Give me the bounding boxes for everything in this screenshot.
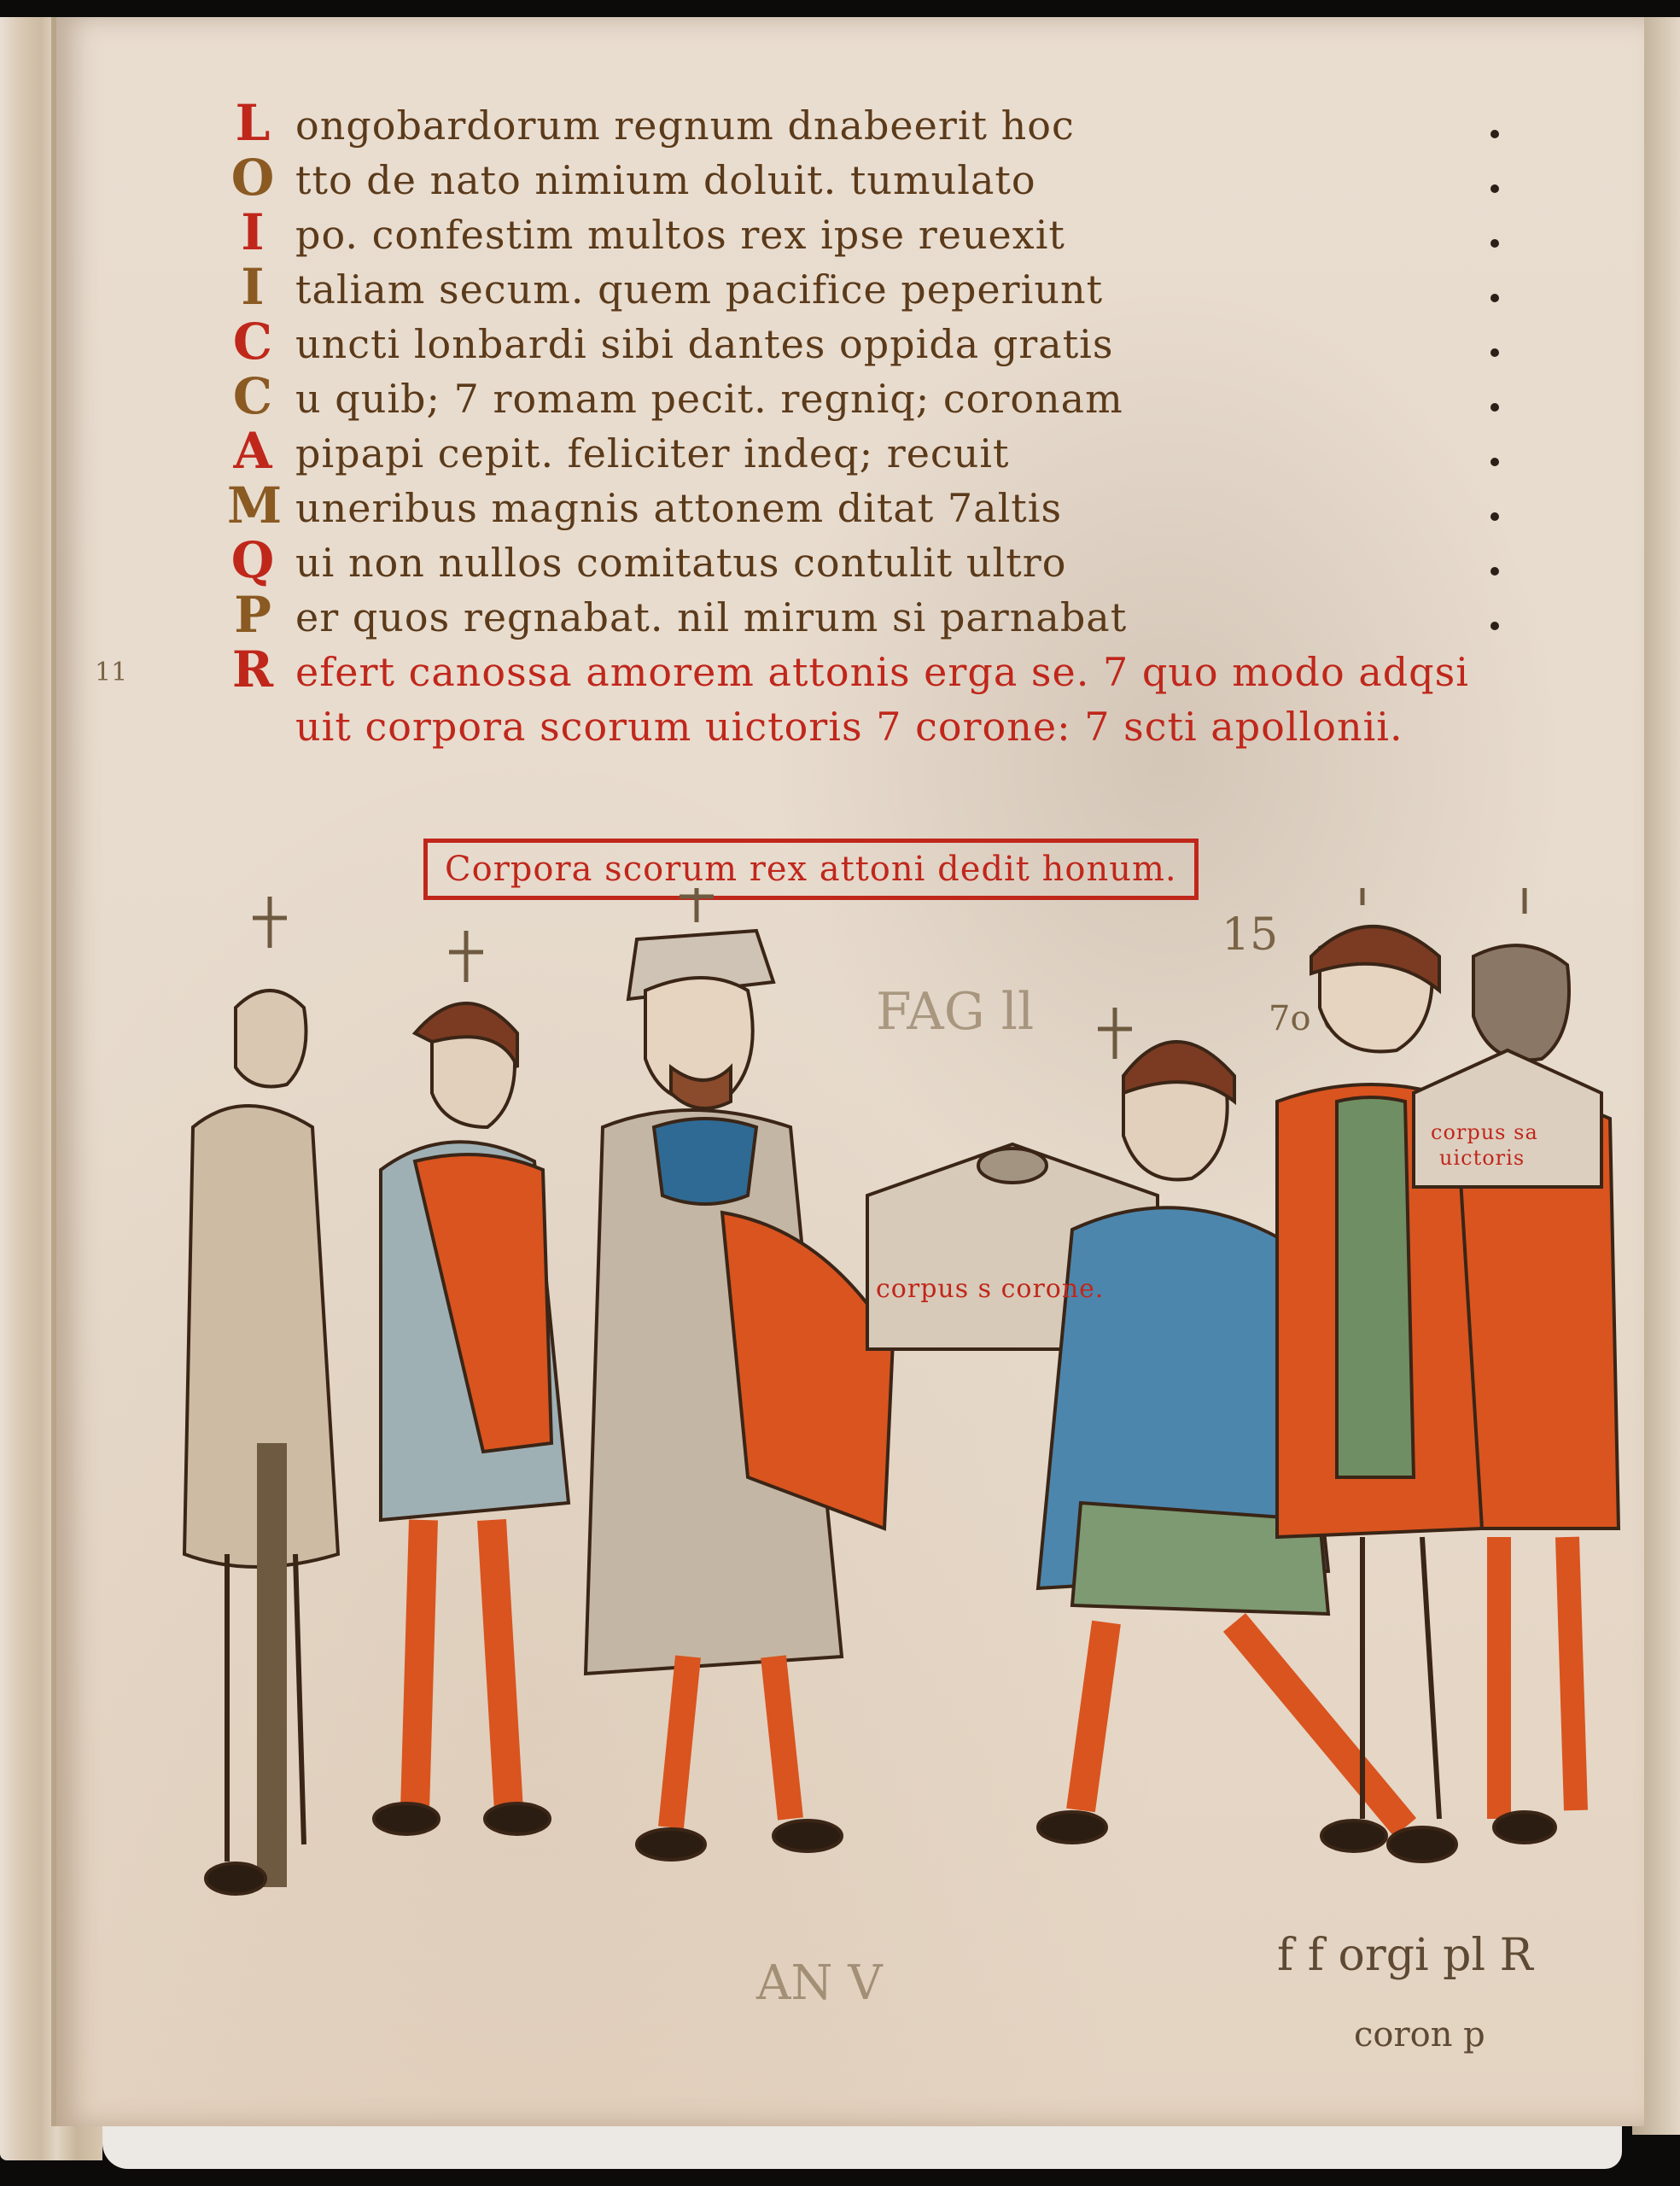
reliquary-label-right-2: uictoris xyxy=(1439,1146,1525,1170)
line-text: po. confestim multos rex ipse reuexit xyxy=(295,212,1065,258)
initial: P xyxy=(227,586,278,644)
figure-attendant-1 xyxy=(184,991,338,1894)
illumination-scene: corpus s corone. corpus sa uictoris xyxy=(125,888,1627,1964)
initial: C xyxy=(227,367,278,425)
line-text: uneribus magnis attonem ditat 7altis xyxy=(295,485,1062,531)
initial: Q xyxy=(227,531,278,589)
line-text: taliam secum. quem pacifice peperiunt xyxy=(295,266,1103,313)
margin-number: 11 xyxy=(95,658,127,687)
initial: L xyxy=(227,94,278,152)
reliquary-label-right-1: corpus sa xyxy=(1431,1120,1538,1144)
caption-text: Corpora scorum rex attoni dedit honum. xyxy=(445,850,1177,889)
line-dots xyxy=(1490,130,1499,676)
initial: I xyxy=(227,203,278,261)
line-text: u quib; 7 romam pecit. regniq; coronam xyxy=(295,376,1123,422)
initial: O xyxy=(227,149,278,207)
figure-attendant-2 xyxy=(374,1003,569,1834)
line-text: ui non nullos comitatus contulit ultro xyxy=(295,540,1066,586)
line-text: uncti lonbardi sibi dantes oppida gratis xyxy=(295,321,1114,367)
rubric-text: efert canossa amorem attonis erga se. 7 … xyxy=(295,649,1469,695)
initial: M xyxy=(227,476,278,535)
reliquary-label-center: corpus s corone. xyxy=(876,1274,1104,1304)
line-text: tto de nato nimium doluit. tumulato xyxy=(295,157,1036,203)
initial: I xyxy=(227,258,278,316)
initial: C xyxy=(227,313,278,371)
figure-king xyxy=(586,931,893,1860)
manuscript-page: L ongobardorum regnum dnabeerit hoc O tt… xyxy=(51,17,1644,2126)
initial: R xyxy=(227,640,278,698)
line-text: pipapi cepit. feliciter indeq; recuit xyxy=(295,430,1010,476)
bottom-note-line2: coron p xyxy=(1354,2015,1485,2054)
line-text: er quos regnabat. nil mirum si parnabat xyxy=(295,594,1127,640)
rubric-text: uit corpora scorum uictoris 7 corone: 7 … xyxy=(295,704,1403,750)
line-text: ongobardorum regnum dnabeerit hoc xyxy=(295,102,1075,149)
initial: A xyxy=(227,422,278,480)
